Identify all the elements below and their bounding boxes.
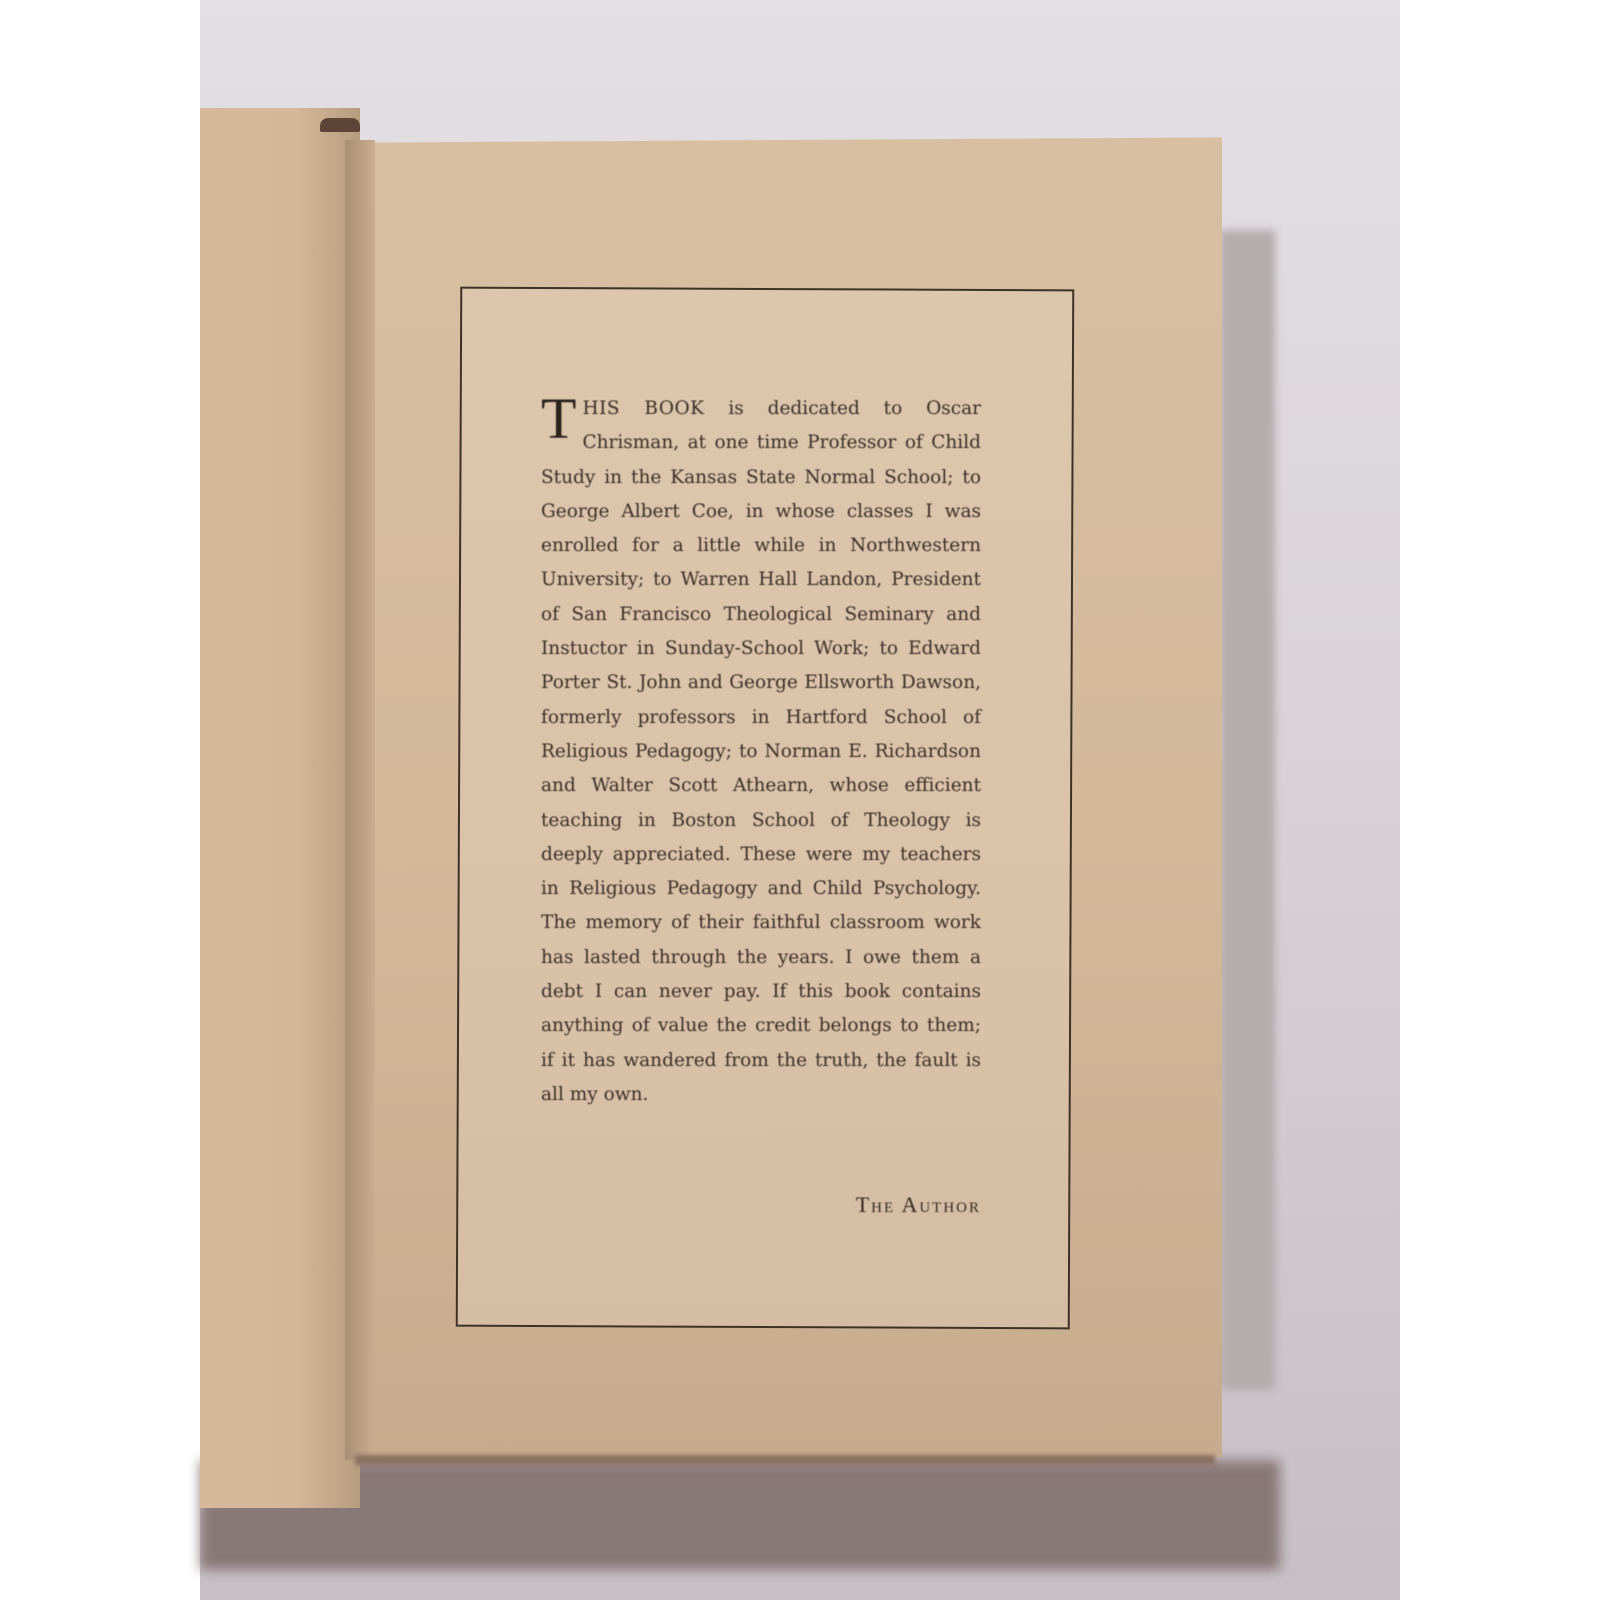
binding-tear xyxy=(320,118,360,132)
book-shadow-bottom xyxy=(200,1460,1280,1570)
dedication-body: is dedicated to Oscar Chrisman, at one t… xyxy=(541,398,981,1105)
dedication-text: THIS BOOK is dedicated to Oscar Chrisman… xyxy=(541,392,981,1112)
page-bottom-edge xyxy=(355,1455,1215,1465)
drop-cap: T xyxy=(541,394,576,444)
signature: The Author xyxy=(805,1192,981,1218)
book-shadow-right xyxy=(1220,230,1275,1390)
left-page-curl xyxy=(200,108,360,1508)
book-gutter xyxy=(345,140,375,1460)
lead-caps: HIS BOOK xyxy=(582,398,704,419)
